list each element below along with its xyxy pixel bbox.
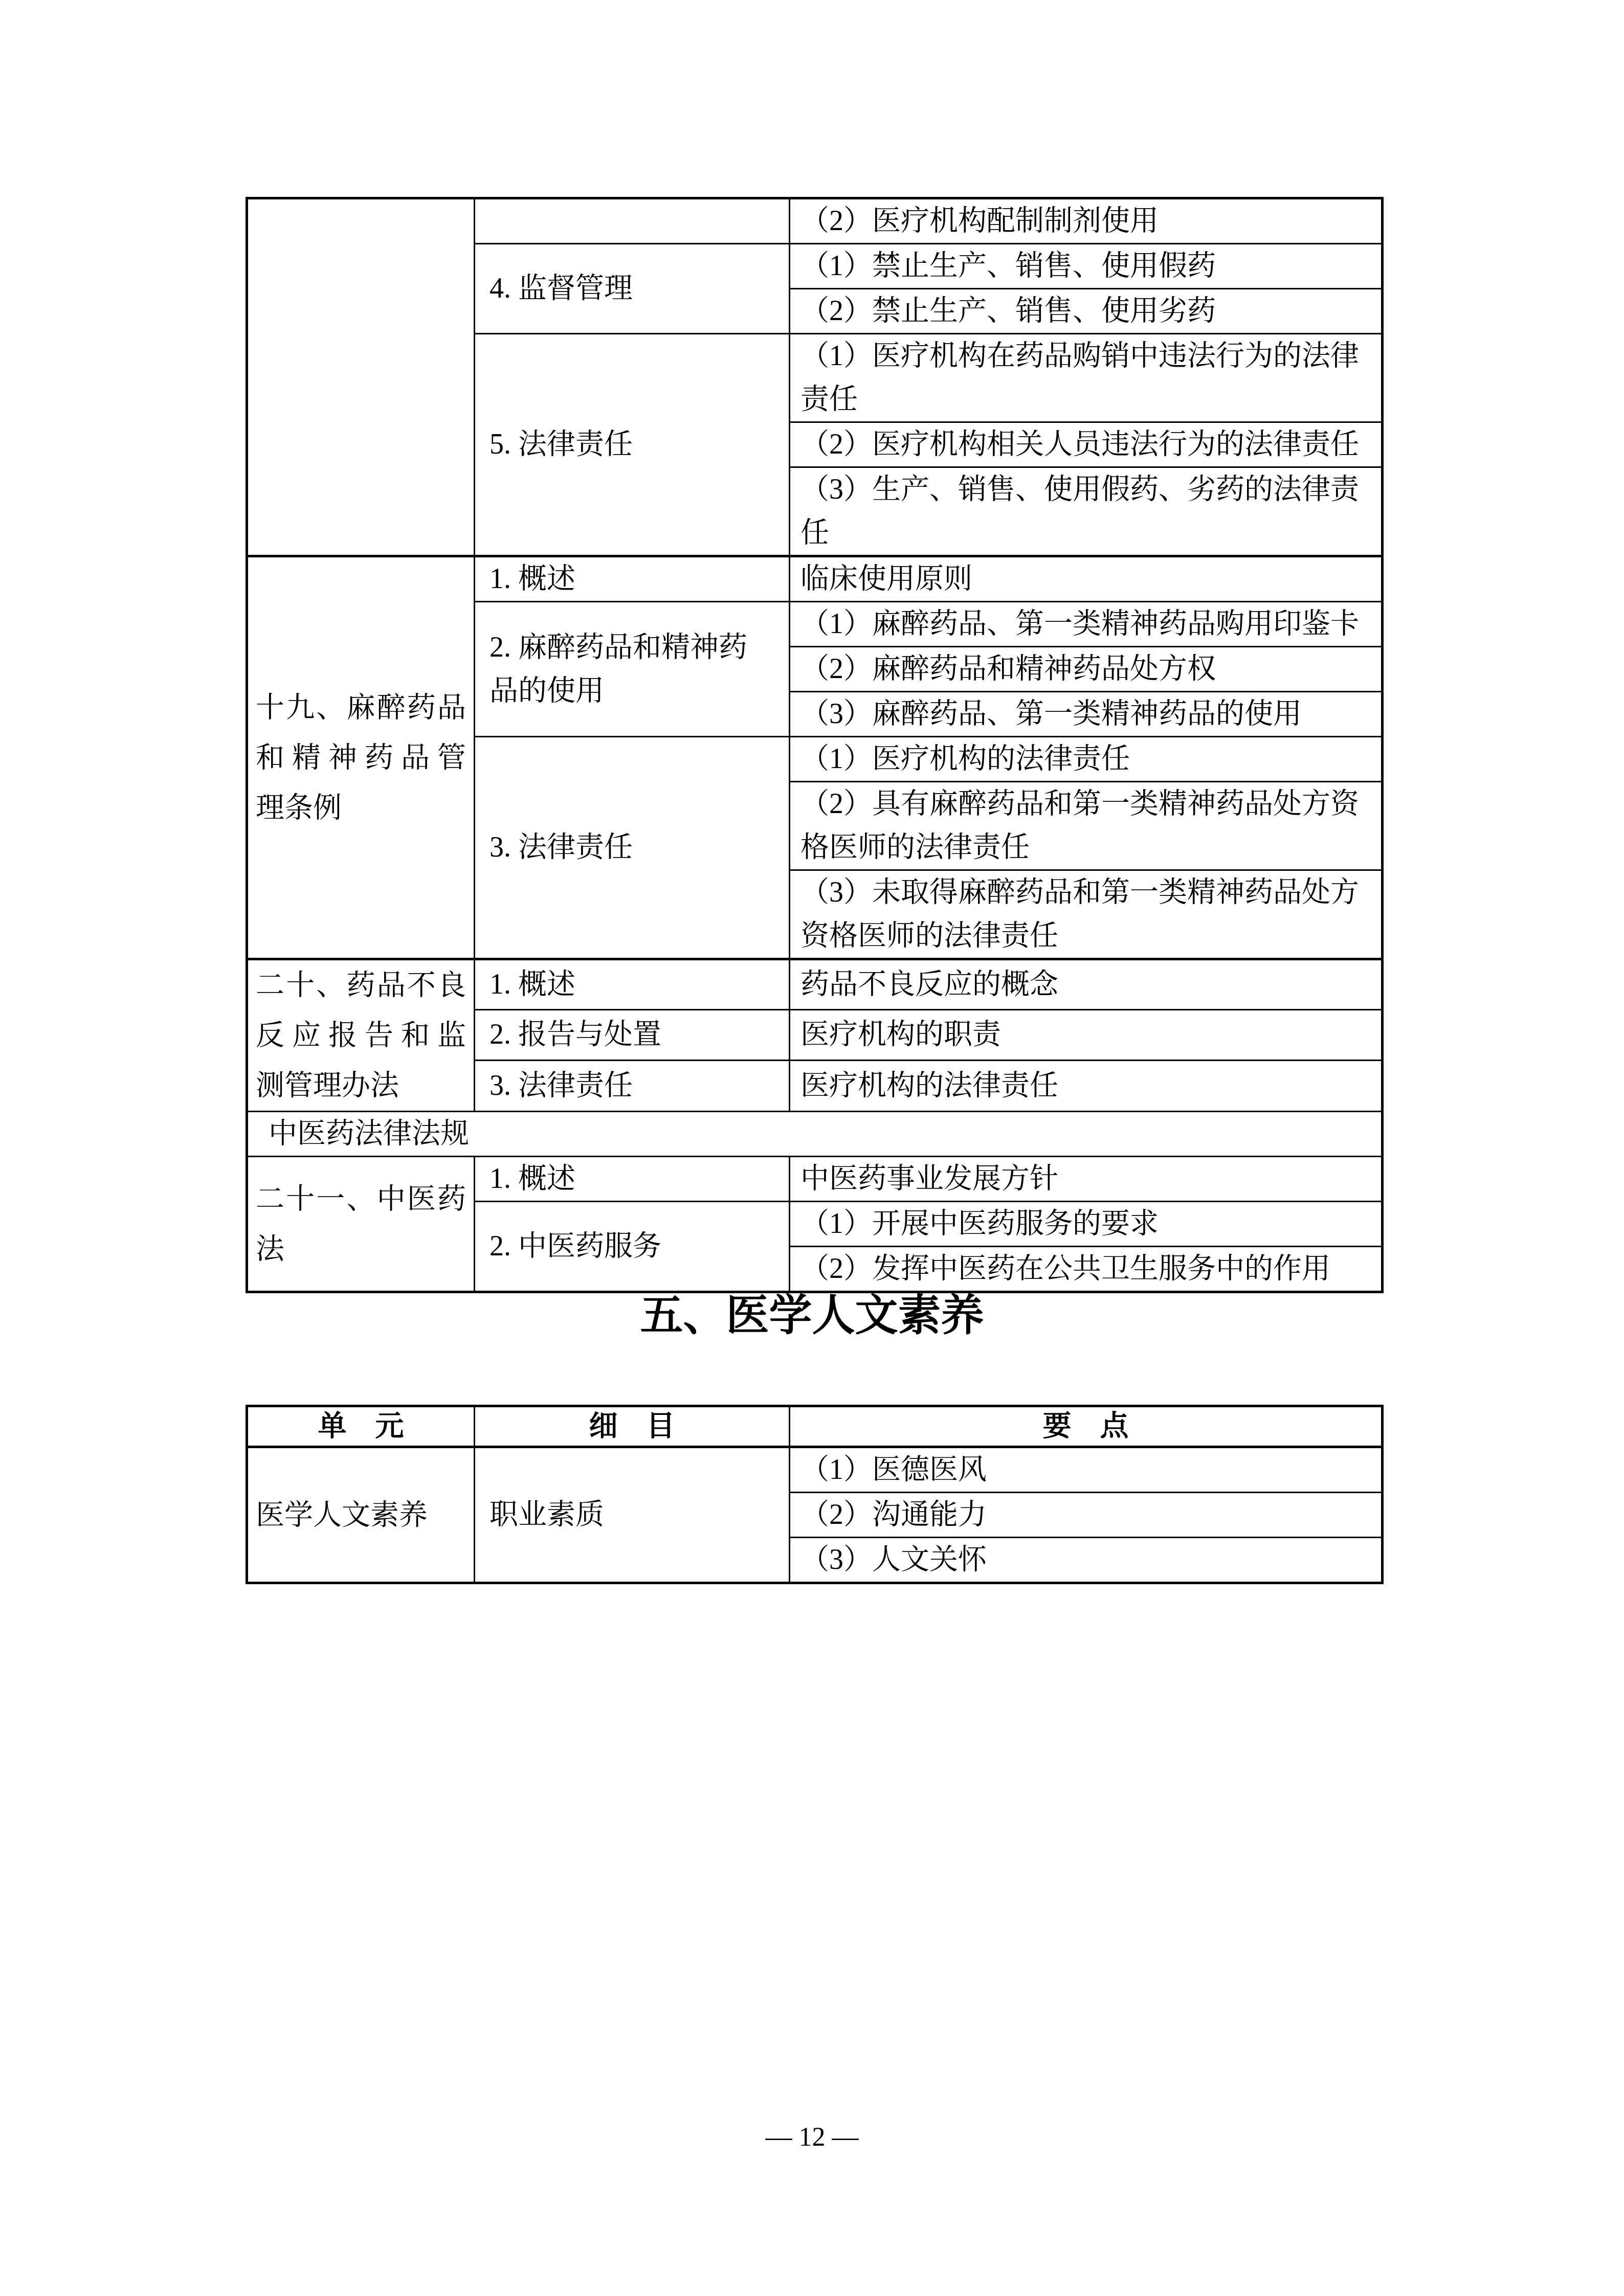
unit-cell: 医学人文素养 [247,1447,475,1583]
syllabus-table-continued: （2）医疗机构配制制剂使用 4. 监督管理 （1）禁止生产、销售、使用假药 （2… [246,197,1384,1293]
detail-cell: 2. 中医药服务 [475,1202,790,1292]
point-cell: （2）医疗机构配制制剂使用 [790,198,1383,244]
category-divider: 中医药法律法规 [247,1112,1383,1157]
section-heading: 五、医学人文素养 [0,1288,1624,1345]
point-cell: 中医药事业发展方针 [790,1157,1383,1202]
point-cell: （1）医疗机构在药品购销中违法行为的法律责任 [790,334,1383,422]
unit-line: 和精神药品管 [256,733,466,783]
point-cell: 医疗机构的职责 [790,1010,1383,1060]
table-row: 二十、药品不良 反应报告和监 测管理办法 1. 概述 药品不良反应的概念 [247,959,1383,1010]
point-cell: （3）未取得麻醉药品和第一类精神药品处方资格医师的法律责任 [790,870,1383,959]
detail-cell: 1. 概述 [475,556,790,602]
point-cell: （1）医疗机构的法律责任 [790,737,1383,782]
detail-cell: 3. 法律责任 [475,1060,790,1111]
point-cell: （2）发挥中医药在公共卫生服务中的作用 [790,1247,1383,1292]
unit-cell-empty [247,198,475,556]
unit-line: 十九、麻醉药品 [256,683,466,733]
unit-cell: 二十、药品不良 反应报告和监 测管理办法 [247,959,475,1112]
document-page: （2）医疗机构配制制剂使用 4. 监督管理 （1）禁止生产、销售、使用假药 （2… [0,0,1624,2296]
point-cell: （1）开展中医药服务的要求 [790,1202,1383,1247]
detail-cell: 5. 法律责任 [475,334,790,556]
point-cell: （3）麻醉药品、第一类精神药品的使用 [790,692,1383,737]
unit-line: 测管理办法 [256,1061,466,1111]
point-cell: （3）生产、销售、使用假药、劣药的法律责任 [790,467,1383,556]
detail-cell: 3. 法律责任 [475,737,790,959]
unit-cell: 二十一、中医药 法 [247,1157,475,1292]
point-cell: （2）禁止生产、销售、使用劣药 [790,289,1383,334]
point-cell: 医疗机构的法律责任 [790,1060,1383,1111]
unit-line: 反应报告和监 [256,1010,466,1061]
point-cell: （1）禁止生产、销售、使用假药 [790,244,1383,289]
detail-cell: 1. 概述 [475,959,790,1010]
detail-cell: 2. 麻醉药品和精神药品的使用 [475,602,790,737]
table-row: 十九、麻醉药品 和精神药品管 理条例 1. 概述 临床使用原则 [247,556,1383,602]
page-number: — 12 — [0,2122,1624,2153]
point-cell: （2）医疗机构相关人员违法行为的法律责任 [790,422,1383,467]
detail-cell: 4. 监督管理 [475,244,790,334]
unit-cell: 十九、麻醉药品 和精神药品管 理条例 [247,556,475,959]
point-cell: （1）医德医风 [790,1447,1383,1493]
detail-cell: 2. 报告与处置 [475,1010,790,1060]
point-cell: （3）人文关怀 [790,1538,1383,1583]
point-cell: （1）麻醉药品、第一类精神药品购用印鉴卡 [790,602,1383,647]
column-header-unit: 单 元 [247,1406,475,1447]
unit-line: 二十、药品不良 [256,960,466,1010]
humanities-table: 单 元 细 目 要 点 医学人文素养 职业素质 （1）医德医风 （2）沟通能力 … [246,1405,1384,1584]
point-cell: （2）具有麻醉药品和第一类精神药品处方资格医师的法律责任 [790,782,1383,870]
table-row: （2）医疗机构配制制剂使用 [247,198,1383,244]
point-cell: 药品不良反应的概念 [790,959,1383,1010]
table-row: 二十一、中医药 法 1. 概述 中医药事业发展方针 [247,1157,1383,1202]
point-cell: 临床使用原则 [790,556,1383,602]
detail-cell: 1. 概述 [475,1157,790,1202]
detail-cell: 职业素质 [475,1447,790,1583]
table-header-row: 单 元 细 目 要 点 [247,1406,1383,1447]
point-cell: （2）沟通能力 [790,1493,1383,1538]
unit-line: 理条例 [256,783,466,833]
point-cell: （2）麻醉药品和精神药品处方权 [790,647,1383,692]
table-row: 中医药法律法规 [247,1112,1383,1157]
unit-line: 二十一、中医药 [256,1174,466,1224]
column-header-detail: 细 目 [475,1406,790,1447]
detail-cell-empty [475,198,790,244]
column-header-point: 要 点 [790,1406,1383,1447]
unit-line: 法 [256,1224,466,1274]
table-row: 医学人文素养 职业素质 （1）医德医风 [247,1447,1383,1493]
